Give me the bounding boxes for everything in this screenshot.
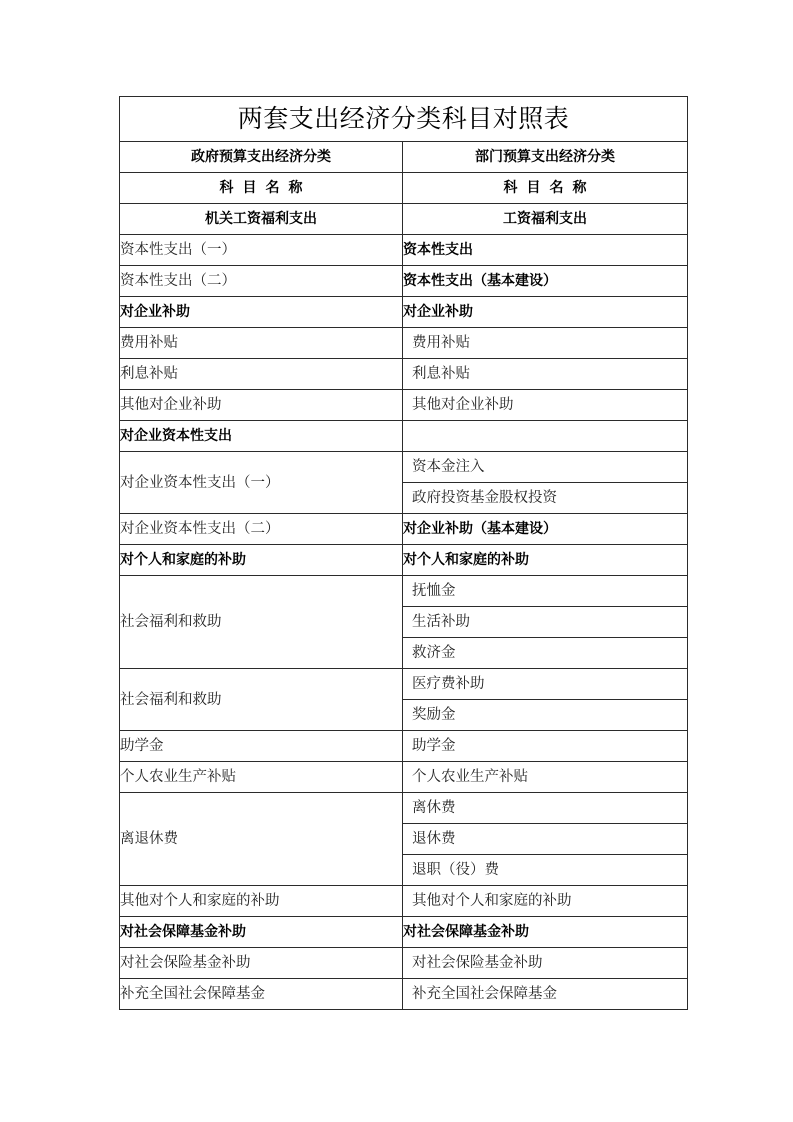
- left-cell: 个人农业生产补贴: [120, 762, 403, 793]
- table-title: 两套支出经济分类科目对照表: [120, 97, 688, 142]
- right-cell-text: 个人农业生产补贴: [412, 769, 528, 785]
- table-row: 对社会保障基金补助对社会保障基金补助: [120, 917, 688, 948]
- right-cell-text: 利息补贴: [412, 366, 470, 382]
- table-row: 对企业资本性支出（二）对企业补助（基本建设）: [120, 514, 688, 545]
- left-cell-text: 对个人和家庭的补助: [120, 552, 246, 568]
- header-left-first: 机关工资福利支出: [120, 204, 403, 235]
- table-row: 离退休费离休费: [120, 793, 688, 824]
- left-cell-text: 对企业资本性支出: [120, 428, 232, 444]
- left-cell: 资本性支出（二）: [120, 266, 403, 297]
- right-cell-text: 资本金注入: [412, 459, 485, 475]
- header-row-category: 政府预算支出经济分类 部门预算支出经济分类: [120, 142, 688, 173]
- header-right-category: 部门预算支出经济分类: [403, 142, 688, 173]
- right-cell: 救济金: [403, 638, 688, 669]
- comparison-table: 两套支出经济分类科目对照表 政府预算支出经济分类 部门预算支出经济分类 科目名称…: [119, 96, 688, 1010]
- left-cell-text: 资本性支出（二）: [120, 273, 236, 289]
- table-row: 社会福利和救助医疗费补助: [120, 669, 688, 700]
- right-cell: 补充全国社会保障基金: [403, 979, 688, 1010]
- right-cell-text: 其他对个人和家庭的补助: [412, 893, 572, 909]
- right-cell-text: 生活补助: [412, 614, 470, 630]
- left-cell: 离退休费: [120, 793, 403, 886]
- left-cell: 费用补贴: [120, 328, 403, 359]
- left-cell-text: 对企业补助: [120, 304, 190, 320]
- table-row: 对企业补助对企业补助: [120, 297, 688, 328]
- right-cell-text: 退职（役）费: [412, 862, 499, 878]
- table-row: 对企业资本性支出: [120, 421, 688, 452]
- right-cell-text: 退休费: [412, 831, 456, 847]
- right-cell: 其他对个人和家庭的补助: [403, 886, 688, 917]
- right-cell-text: 对企业补助: [403, 304, 473, 320]
- right-cell-text: 补充全国社会保障基金: [412, 986, 557, 1002]
- right-cell-text: 对个人和家庭的补助: [403, 552, 529, 568]
- left-cell-text: 对企业资本性支出（一）: [120, 475, 280, 491]
- left-cell-text: 对社会保障基金补助: [120, 924, 246, 940]
- table-row: 对企业资本性支出（一）资本金注入: [120, 452, 688, 483]
- left-cell: 对企业资本性支出（一）: [120, 452, 403, 514]
- right-cell-text: 救济金: [412, 645, 456, 661]
- right-cell-text: 助学金: [412, 738, 456, 754]
- right-cell-text: 其他对企业补助: [412, 397, 514, 413]
- right-cell-text: 资本性支出（基本建设）: [403, 273, 557, 289]
- left-cell-text: 费用补贴: [120, 335, 178, 351]
- right-cell: 政府投资基金股权投资: [403, 483, 688, 514]
- left-cell-text: 其他对个人和家庭的补助: [120, 893, 280, 909]
- left-cell-text: 社会福利和救助: [120, 692, 222, 708]
- right-cell: 医疗费补助: [403, 669, 688, 700]
- left-cell: 社会福利和救助: [120, 669, 403, 731]
- right-cell: 对企业补助（基本建设）: [403, 514, 688, 545]
- table-body: 资本性支出（一）资本性支出资本性支出（二）资本性支出（基本建设）对企业补助对企业…: [120, 235, 688, 1010]
- table-row: 助学金助学金: [120, 731, 688, 762]
- table-row: 其他对个人和家庭的补助其他对个人和家庭的补助: [120, 886, 688, 917]
- table-row: 其他对企业补助其他对企业补助: [120, 390, 688, 421]
- right-cell: 抚恤金: [403, 576, 688, 607]
- left-cell: 其他对个人和家庭的补助: [120, 886, 403, 917]
- right-cell: 资本性支出: [403, 235, 688, 266]
- table-row: 对个人和家庭的补助对个人和家庭的补助: [120, 545, 688, 576]
- right-cell-text: 奖励金: [412, 707, 456, 723]
- left-cell-text: 对企业资本性支出（二）: [120, 521, 280, 537]
- left-cell-text: 离退休费: [120, 831, 178, 847]
- table-row: 利息补贴利息补贴: [120, 359, 688, 390]
- document-page: 两套支出经济分类科目对照表 政府预算支出经济分类 部门预算支出经济分类 科目名称…: [0, 0, 793, 1122]
- left-cell: 资本性支出（一）: [120, 235, 403, 266]
- left-cell-text: 补充全国社会保障基金: [120, 986, 265, 1002]
- right-cell-text: 对社会保险基金补助: [412, 955, 543, 971]
- right-cell: 对个人和家庭的补助: [403, 545, 688, 576]
- right-cell: 资本金注入: [403, 452, 688, 483]
- left-cell: 对企业资本性支出（二）: [120, 514, 403, 545]
- right-cell: 个人农业生产补贴: [403, 762, 688, 793]
- right-cell: [403, 421, 688, 452]
- right-cell: 利息补贴: [403, 359, 688, 390]
- right-cell: 生活补助: [403, 607, 688, 638]
- table-row: 费用补贴费用补贴: [120, 328, 688, 359]
- left-cell: 其他对企业补助: [120, 390, 403, 421]
- title-row: 两套支出经济分类科目对照表: [120, 97, 688, 142]
- left-cell: 补充全国社会保障基金: [120, 979, 403, 1010]
- table-row: 对社会保险基金补助对社会保险基金补助: [120, 948, 688, 979]
- header-left-subject: 科目名称: [120, 173, 403, 204]
- header-left-category: 政府预算支出经济分类: [120, 142, 403, 173]
- header-right-subject: 科目名称: [403, 173, 688, 204]
- right-cell: 退职（役）费: [403, 855, 688, 886]
- right-cell-text: 费用补贴: [412, 335, 470, 351]
- header-row-first: 机关工资福利支出 工资福利支出: [120, 204, 688, 235]
- right-cell-text: 医疗费补助: [412, 676, 485, 692]
- right-cell: 费用补贴: [403, 328, 688, 359]
- left-cell: 利息补贴: [120, 359, 403, 390]
- left-cell: 对企业资本性支出: [120, 421, 403, 452]
- right-cell-text: 抚恤金: [412, 583, 456, 599]
- left-cell: 社会福利和救助: [120, 576, 403, 669]
- right-cell: 助学金: [403, 731, 688, 762]
- table-row: 补充全国社会保障基金补充全国社会保障基金: [120, 979, 688, 1010]
- left-cell: 对企业补助: [120, 297, 403, 328]
- left-cell-text: 资本性支出（一）: [120, 242, 236, 258]
- right-cell-text: 对企业补助（基本建设）: [403, 521, 557, 537]
- table-row: 资本性支出（一）资本性支出: [120, 235, 688, 266]
- left-cell-text: 社会福利和救助: [120, 614, 222, 630]
- right-cell: 对企业补助: [403, 297, 688, 328]
- left-cell: 对社会保险基金补助: [120, 948, 403, 979]
- left-cell-text: 其他对企业补助: [120, 397, 222, 413]
- right-cell: 奖励金: [403, 700, 688, 731]
- left-cell: 对社会保障基金补助: [120, 917, 403, 948]
- left-cell-text: 对社会保险基金补助: [120, 955, 251, 971]
- right-cell: 资本性支出（基本建设）: [403, 266, 688, 297]
- table-row: 个人农业生产补贴个人农业生产补贴: [120, 762, 688, 793]
- right-cell: 退休费: [403, 824, 688, 855]
- right-cell-text: 离休费: [412, 800, 456, 816]
- right-cell: 对社会保障基金补助: [403, 917, 688, 948]
- header-row-subject: 科目名称 科目名称: [120, 173, 688, 204]
- left-cell-text: 利息补贴: [120, 366, 178, 382]
- left-cell-text: 助学金: [120, 738, 164, 754]
- table-row: 资本性支出（二）资本性支出（基本建设）: [120, 266, 688, 297]
- right-cell: 对社会保险基金补助: [403, 948, 688, 979]
- right-cell: 其他对企业补助: [403, 390, 688, 421]
- left-cell-text: 个人农业生产补贴: [120, 769, 236, 785]
- left-cell: 对个人和家庭的补助: [120, 545, 403, 576]
- right-cell-text: 对社会保障基金补助: [403, 924, 529, 940]
- header-right-first: 工资福利支出: [403, 204, 688, 235]
- right-cell: 离休费: [403, 793, 688, 824]
- right-cell-text: 资本性支出: [403, 242, 473, 258]
- table-row: 社会福利和救助抚恤金: [120, 576, 688, 607]
- right-cell-text: 政府投资基金股权投资: [412, 490, 557, 506]
- left-cell: 助学金: [120, 731, 403, 762]
